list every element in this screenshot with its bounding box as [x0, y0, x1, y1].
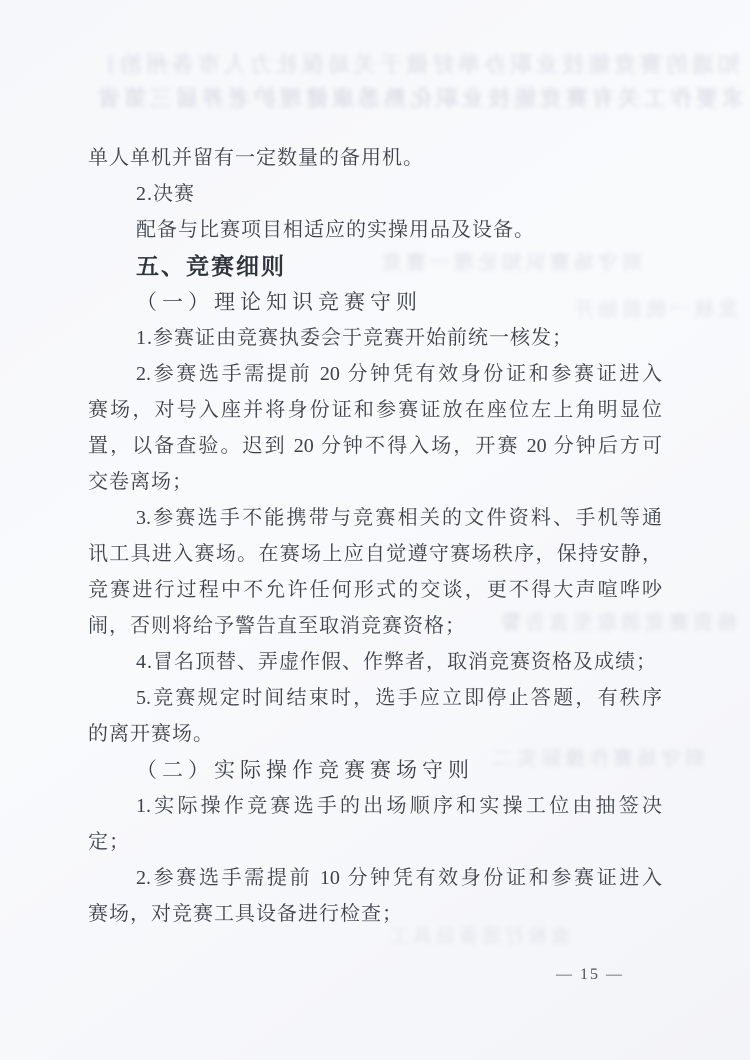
section-heading: 五、竞赛细则 — [88, 248, 662, 284]
subsection-heading: （一）理论知识竞赛守则 — [88, 284, 662, 320]
text-line: 单人单机并留有一定数量的备用机。 — [88, 140, 662, 176]
text-line: 讯工具进入赛场。在赛场上应自觉遵守赛场秩序，保持安静， — [88, 536, 662, 572]
bleed-through-text: 知通的赛竞能技业职办举好做于关局保社力人市各州治自区地 — [108, 50, 740, 80]
page-number: — 15 — — [556, 966, 624, 984]
text-line: 配备与比赛项目相适应的实操用品及设备。 — [88, 212, 662, 248]
text-line: 赛场，对号入座并将身份证和参赛证放在座位左上角明显位 — [88, 392, 662, 428]
document-page: 知通的赛竞能技业职办举好做于关局保社力人市各州治自区地 求要作工关有赛竞能技业职… — [0, 0, 750, 1060]
text-line: 置，以备查验。迟到 20 分钟不得入场，开赛 20 分钟后方可 — [88, 428, 662, 464]
text-line: 竞赛进行过程中不允许任何形式的交谈，更不得大声喧哗吵 — [88, 572, 662, 608]
text-line: 2.决赛 — [88, 176, 662, 212]
document-body: 单人单机并留有一定数量的备用机。 2.决赛 配备与比赛项目相适应的实操用品及设备… — [88, 140, 662, 932]
bleed-through-text: 求要作工关有赛竞能技业职化熟悉康健理护老养届三第省办举 — [96, 84, 744, 114]
text-line: 3.参赛选手不能携带与竞赛相关的文件资料、手机等通 — [88, 500, 662, 536]
text-line: 2.参赛选手需提前 20 分钟凭有效身份证和参赛证进入 — [88, 356, 662, 392]
text-line: 4.冒名顶替、弄虚作假、作弊者，取消竞赛资格及成绩； — [88, 644, 662, 680]
text-line: 5.竞赛规定时间结束时，选手应立即停止答题，有秩序 — [88, 680, 662, 716]
text-line: 定； — [88, 824, 662, 860]
text-line: 赛场，对竞赛工具设备进行检查； — [88, 896, 662, 932]
subsection-heading: （二）实际操作竞赛赛场守则 — [88, 752, 662, 788]
text-line: 2.参赛选手需提前 10 分钟凭有效身份证和参赛证进入 — [88, 860, 662, 896]
text-line: 闹，否则将给予警告直至取消竞赛资格； — [88, 608, 662, 644]
text-line: 的离开赛场。 — [88, 716, 662, 752]
text-line: 1.实际操作竞赛选手的出场顺序和实操工位由抽签决 — [88, 788, 662, 824]
text-line: 交卷离场； — [88, 464, 662, 500]
text-line: 1.参赛证由竞赛执委会于竞赛开始前统一核发； — [88, 320, 662, 356]
